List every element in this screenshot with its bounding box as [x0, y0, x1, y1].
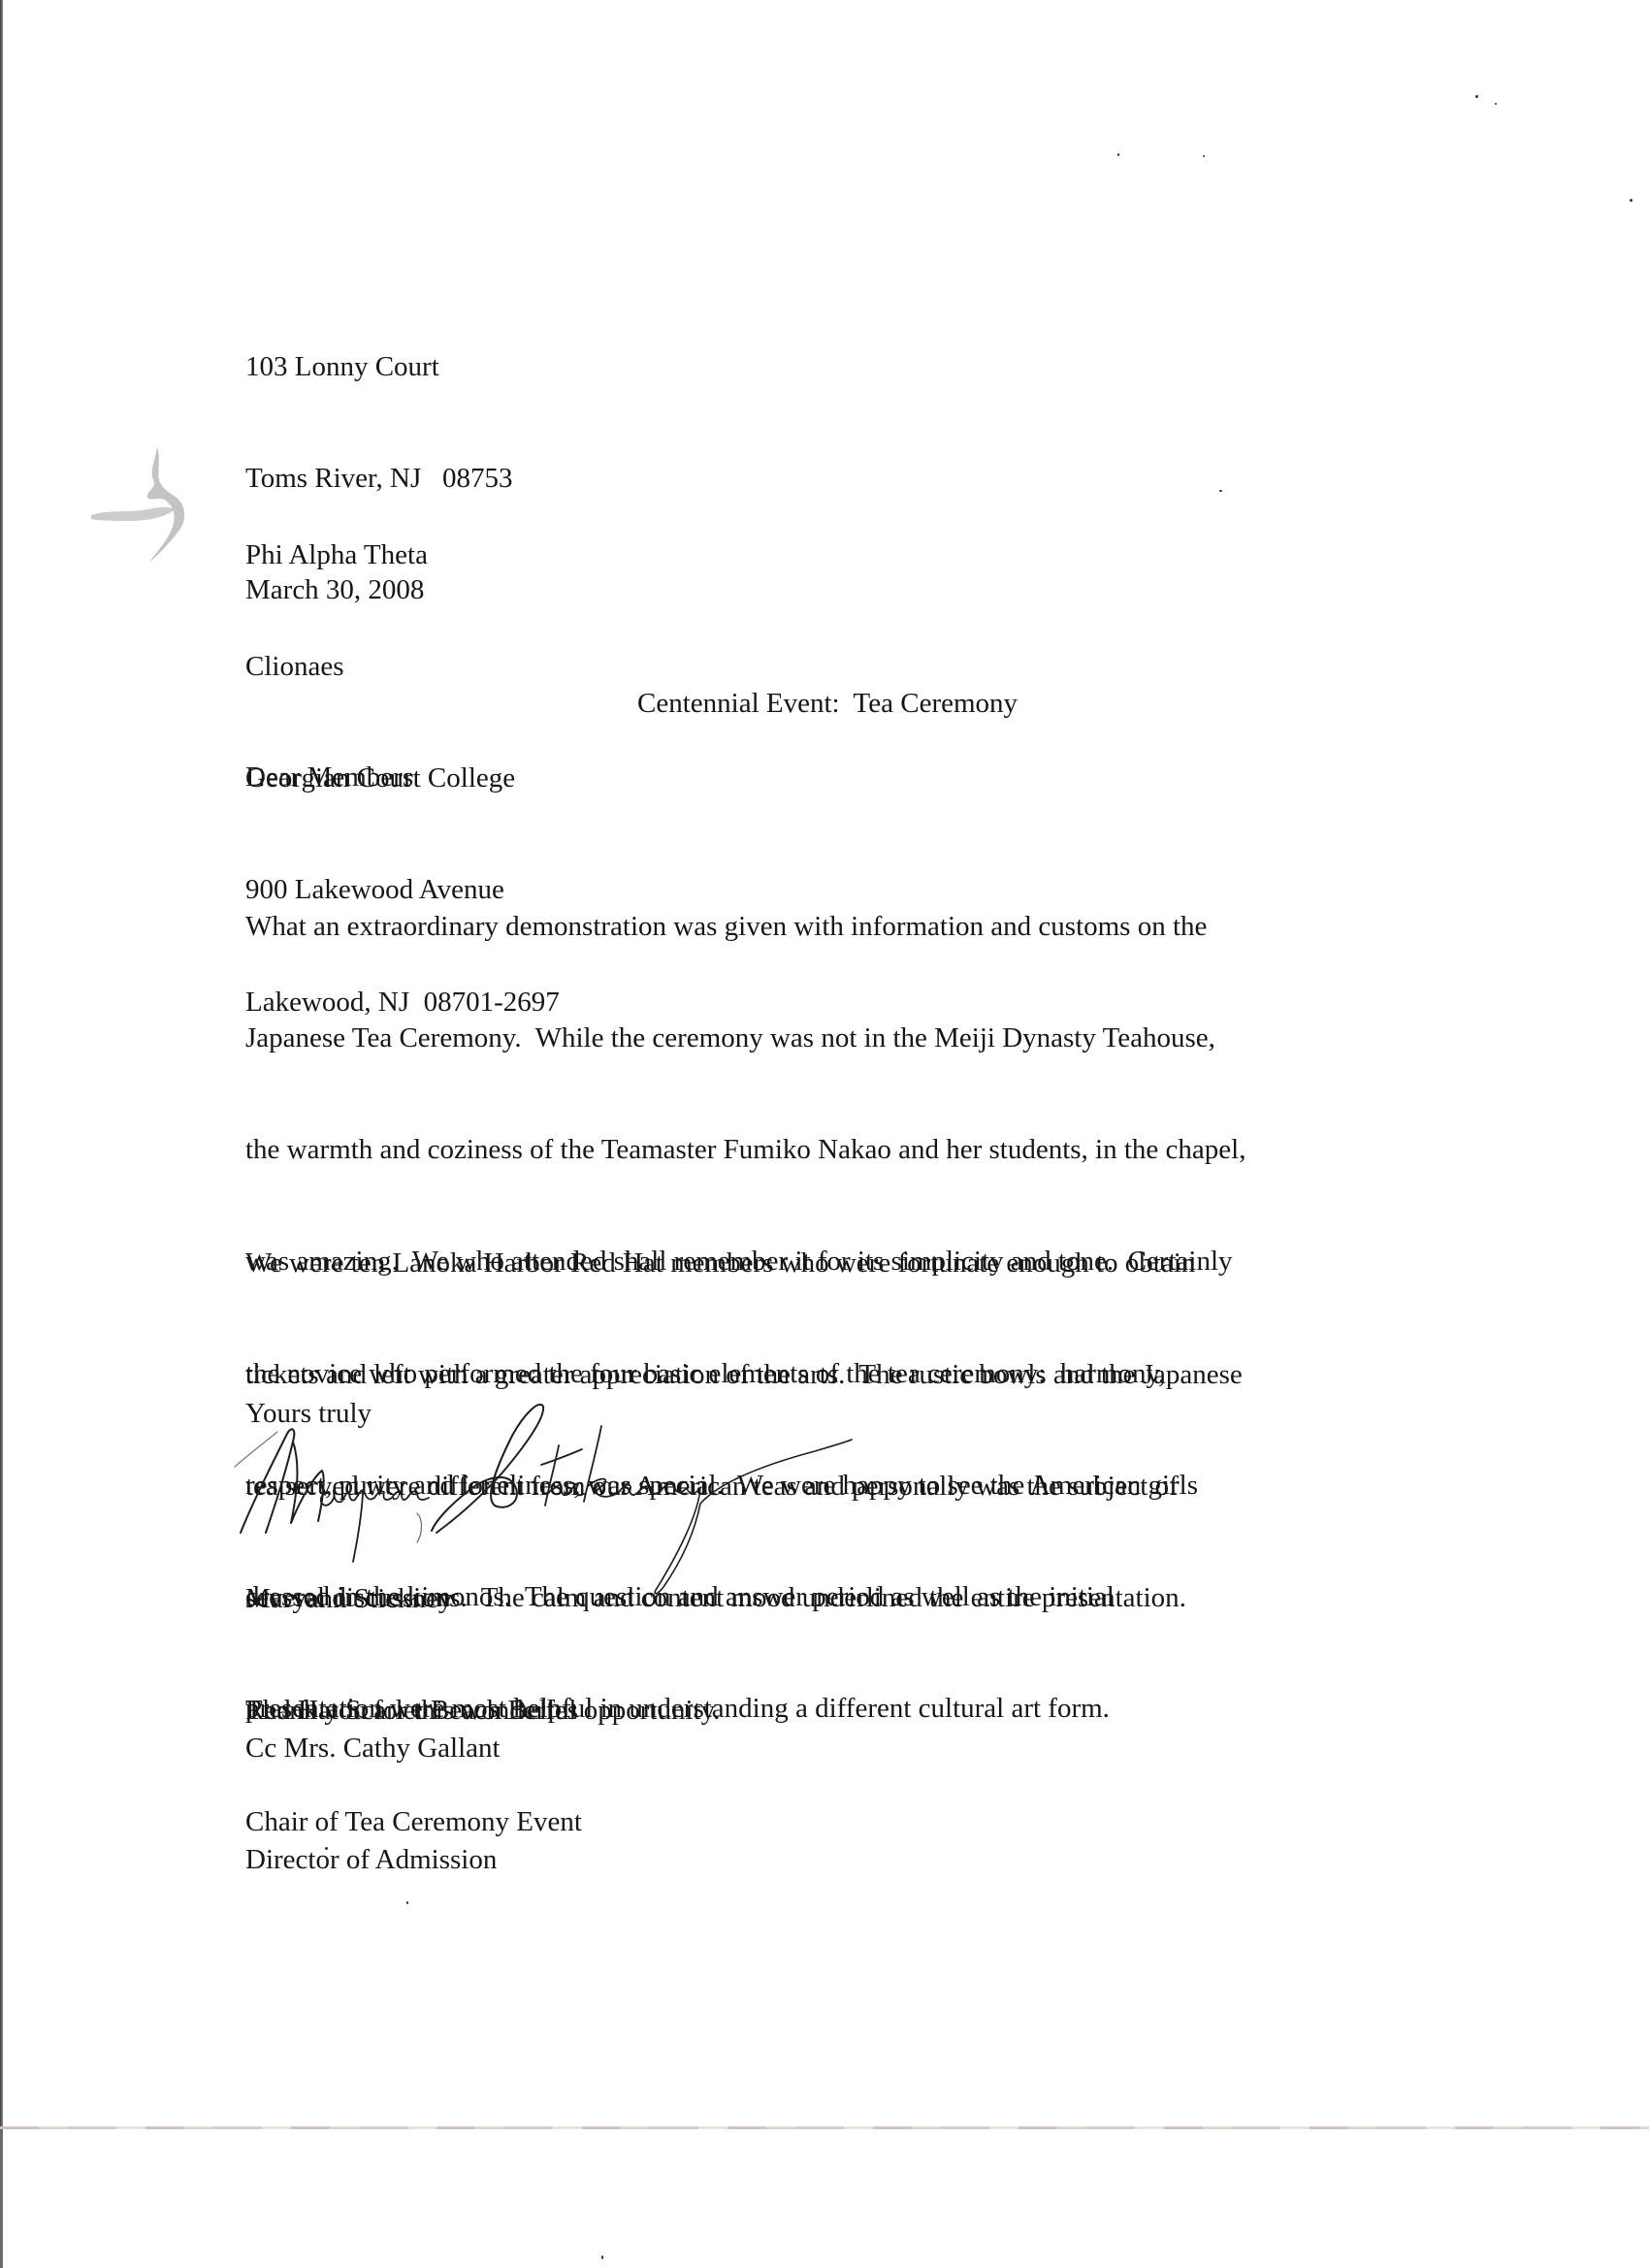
body-line: tickets and left with a greater apprecia…: [245, 1356, 1243, 1393]
cc-recipient: Cc Mrs. Cathy Gallant: [245, 1730, 501, 1766]
body-line: We were ten Lanoka Harbor Red Hat member…: [245, 1245, 1243, 1281]
cc-block: Cc Mrs. Cathy Gallant Director of Admiss…: [245, 1655, 501, 1916]
scan-speck: [1203, 155, 1205, 157]
recipient-line: Clionaes: [245, 648, 560, 685]
body-line: the warmth and coziness of the Teamaster…: [245, 1131, 1245, 1168]
body-line: Japanese Tea Ceremony. While the ceremon…: [245, 1020, 1245, 1056]
scan-edge-left: [0, 0, 3, 2126]
subject-line: Centennial Event: Tea Ceremony: [637, 685, 1018, 722]
scan-speck: [1117, 153, 1119, 156]
recipient-line: Phi Alpha Theta: [245, 536, 560, 573]
scan-speck: [1475, 95, 1478, 98]
scan-speck: [1495, 103, 1497, 105]
stamp-icon: [89, 441, 196, 567]
scan-speck: [601, 2255, 603, 2259]
cc-recipient-title: Director of Admission: [245, 1841, 501, 1878]
scan-speck: [1630, 199, 1633, 202]
sender-street: 103 Lonny Court: [245, 348, 513, 385]
body-line: What an extraordinary demonstration was …: [245, 908, 1245, 945]
scan-speck: [1219, 490, 1222, 492]
salutation: Dear Members: [245, 759, 413, 795]
scan-page-edge-bottom: [0, 2126, 1649, 2129]
signature-icon: [233, 1397, 854, 1601]
scan-edge-left-lower: [0, 2128, 3, 2268]
